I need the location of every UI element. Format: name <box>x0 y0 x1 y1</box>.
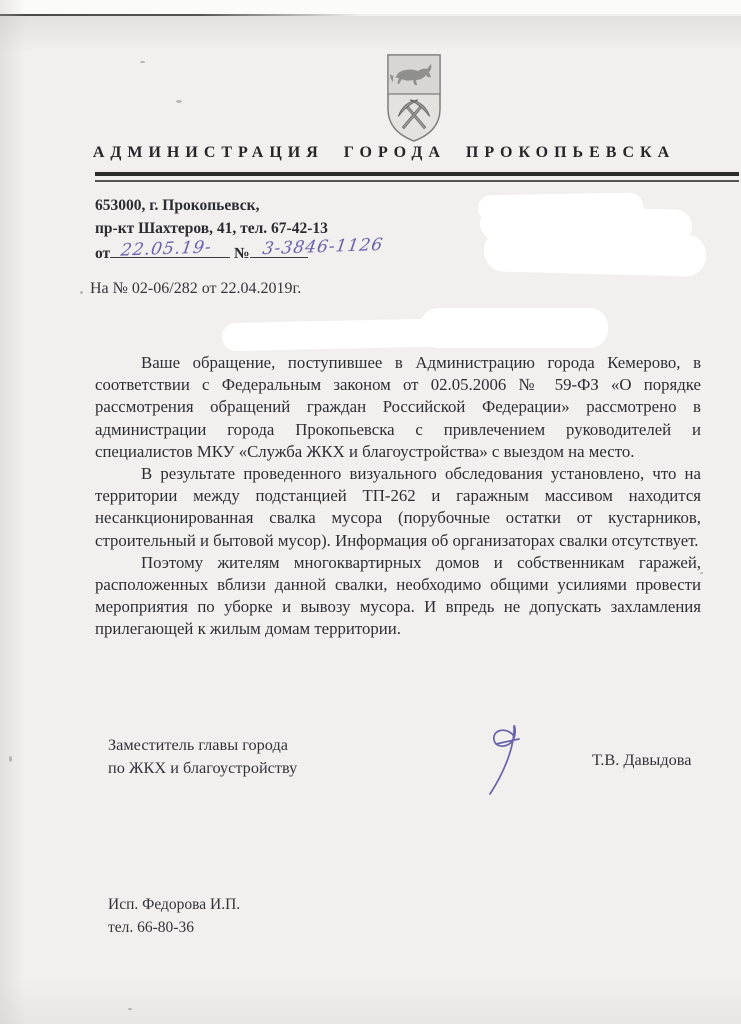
scan-speck <box>128 1008 132 1010</box>
executor-phone: тел. 66-80-36 <box>108 916 240 939</box>
outgoing-date-handwritten: 22.05.19- <box>119 236 213 262</box>
scan-shadow-top <box>0 16 741 52</box>
scan-speck <box>140 61 145 63</box>
signatory-position: Заместитель главы города по ЖКХ и благоу… <box>108 733 297 779</box>
header-rule-thick <box>95 172 739 176</box>
scan-edge-top <box>0 0 741 14</box>
sender-address-line1: 653000, г. Прокопьевск, <box>95 194 328 217</box>
scan-speck <box>176 100 182 103</box>
body-paragraph: Ваше обращение, поступившее в Администра… <box>95 352 701 463</box>
outgoing-date-label: от <box>95 245 110 262</box>
signatory-name: Т.В. Давыдова <box>592 750 691 770</box>
body-paragraph: Поэтому жителям многоквартирных домов и … <box>95 552 701 641</box>
header-rule-thin <box>95 180 739 182</box>
coat-of-arms-icon <box>384 52 444 149</box>
executor-block: Исп. Федорова И.П. тел. 66-80-36 <box>108 893 240 939</box>
scan-shadow-left <box>0 0 26 1024</box>
redaction-blob <box>500 200 650 260</box>
org-name: АДМИНИСТРАЦИЯ ГОРОДА ПРОКОПЬЕВСКА <box>60 144 708 162</box>
letter-body: Ваше обращение, поступившее в Администра… <box>95 352 701 641</box>
scan-speck <box>9 756 12 762</box>
sender-block: 653000, г. Прокопьевск, пр-кт Шахтеров, … <box>95 194 328 265</box>
signature-autograph-icon <box>462 714 534 809</box>
scan-shadow-bottom <box>0 980 741 1024</box>
outgoing-number-handwritten: 3-3846-1126 <box>261 234 385 261</box>
reference-line: На № 02-06/282 от 22.04.2019г. <box>90 280 301 298</box>
outgoing-number-label: № <box>234 245 250 262</box>
outgoing-requisites-line: от № 22.05.19- 3-3846-1126 <box>95 241 328 265</box>
scan-speck <box>80 291 83 294</box>
executor-name: Исп. Федорова И.П. <box>108 893 240 916</box>
body-paragraph: В результате проведенного визуального об… <box>95 463 701 552</box>
signatory-position-line2: по ЖКХ и благоустройству <box>108 756 297 779</box>
scanned-letter-page: АДМИНИСТРАЦИЯ ГОРОДА ПРОКОПЬЕВСКА 653000… <box>0 0 741 1024</box>
redaction-blob <box>420 308 608 348</box>
signatory-position-line1: Заместитель главы города <box>108 733 297 756</box>
